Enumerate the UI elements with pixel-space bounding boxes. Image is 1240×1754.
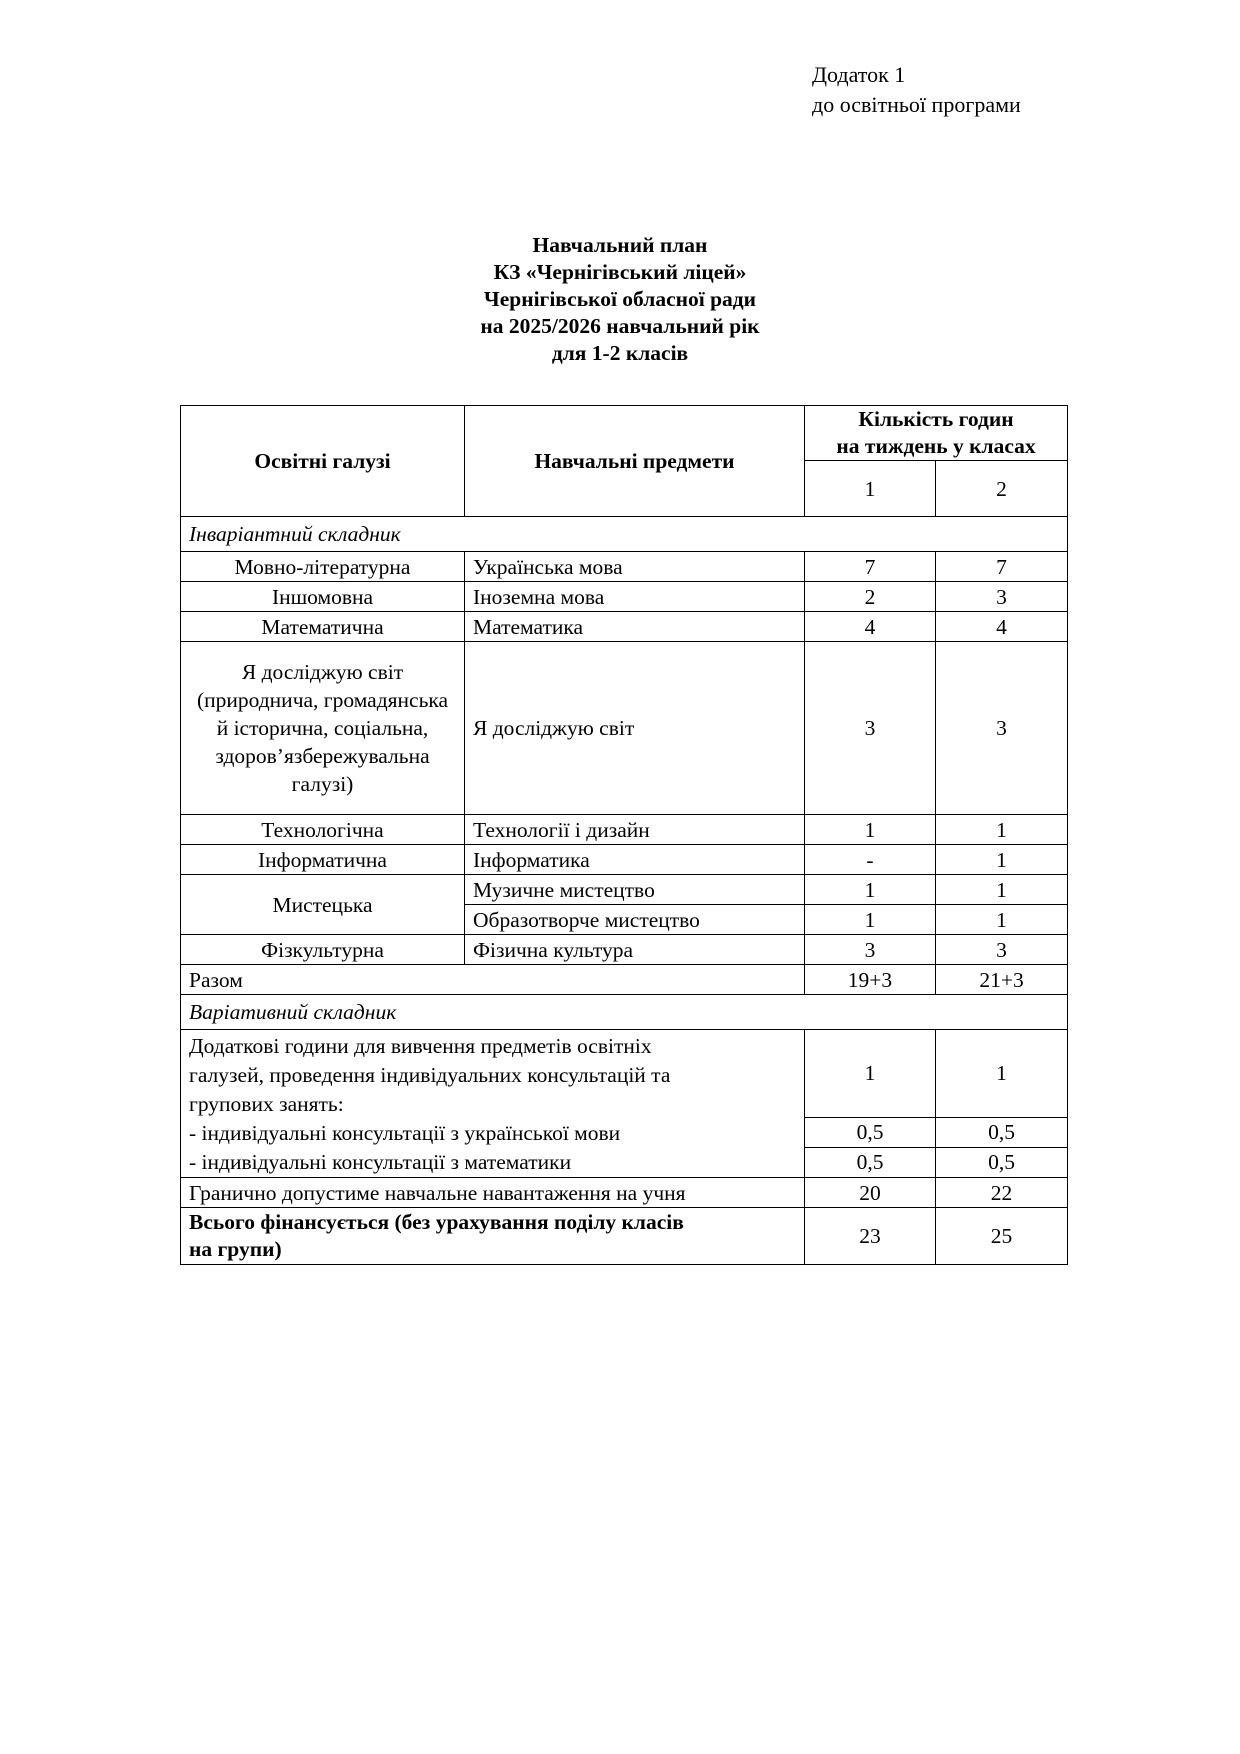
header-grade-2: 2 — [936, 461, 1068, 517]
annex-number: Додаток 1 — [812, 60, 1021, 90]
table-row: Я досліджую світ (природнича, громадянсь… — [181, 642, 1068, 815]
consult-ukr-grade-1: 0,5 — [805, 1117, 936, 1147]
document-title: Навчальний план КЗ «Чернігівський ліцей»… — [0, 232, 1240, 367]
total-row: Разом 19+3 21+3 — [181, 965, 1068, 995]
total-grade-1: 19+3 — [805, 965, 936, 995]
consult-math-grade-1: 0,5 — [805, 1147, 936, 1177]
max-load-grade-1: 20 — [805, 1178, 936, 1208]
header-hours: Кількість годин на тиждень у класах — [805, 406, 1068, 461]
financed-grade-2: 25 — [936, 1208, 1068, 1265]
header-field: Освітні галузі — [181, 406, 465, 517]
table-row: Математична Математика 4 4 — [181, 612, 1068, 642]
table-header-row: Освітні галузі Навчальні предмети Кількі… — [181, 406, 1068, 461]
section-invariant: Інваріантний складник — [181, 517, 1068, 552]
table-row: Інформатична Інформатика - 1 — [181, 845, 1068, 875]
table-row: Мовно-літературна Українська мова 7 7 — [181, 552, 1068, 582]
additional-hours-text: Додаткові години для вивчення предметів … — [181, 1030, 805, 1178]
consult-ukr-grade-2: 0,5 — [936, 1117, 1068, 1147]
table-row: Фізкультурна Фізична культура 3 3 — [181, 935, 1068, 965]
total-label: Разом — [181, 965, 805, 995]
section-variative: Варіативний складник — [181, 995, 1068, 1030]
max-load-row: Гранично допустиме навчальне навантаженн… — [181, 1178, 1068, 1208]
max-load-label: Гранично допустиме навчальне навантаженн… — [181, 1178, 805, 1208]
financed-label: Всього фінансується (без урахування поді… — [181, 1208, 805, 1265]
additional-hours-row: Додаткові години для вивчення предметів … — [181, 1030, 1068, 1118]
title-line-5: для 1-2 класів — [0, 340, 1240, 367]
consult-math-grade-2: 0,5 — [936, 1147, 1068, 1177]
title-line-2: КЗ «Чернігівський ліцей» — [0, 259, 1240, 286]
max-load-grade-2: 22 — [936, 1178, 1068, 1208]
annex-note: Додаток 1 до освітньої програми — [812, 60, 1021, 120]
section-variative-label: Варіативний складник — [181, 995, 1068, 1030]
financed-row: Всього фінансується (без урахування поді… — [181, 1208, 1068, 1265]
total-grade-2: 21+3 — [936, 965, 1068, 995]
additional-grade-1: 1 — [805, 1030, 936, 1118]
curriculum-table: Освітні галузі Навчальні предмети Кількі… — [180, 405, 1068, 1265]
title-line-4: на 2025/2026 навчальний рік — [0, 313, 1240, 340]
section-invariant-label: Інваріантний складник — [181, 517, 1068, 552]
title-line-3: Чернігівської обласної ради — [0, 286, 1240, 313]
financed-grade-1: 23 — [805, 1208, 936, 1265]
header-grade-1: 1 — [805, 461, 936, 517]
table-row: Технологічна Технології і дизайн 1 1 — [181, 815, 1068, 845]
table-row: Іншомовна Іноземна мова 2 3 — [181, 582, 1068, 612]
table-row: Мистецька Музичне мистецтво 1 1 — [181, 875, 1068, 905]
header-subject: Навчальні предмети — [465, 406, 805, 517]
title-line-1: Навчальний план — [0, 232, 1240, 259]
additional-grade-2: 1 — [936, 1030, 1068, 1118]
annex-reference: до освітньої програми — [812, 90, 1021, 120]
